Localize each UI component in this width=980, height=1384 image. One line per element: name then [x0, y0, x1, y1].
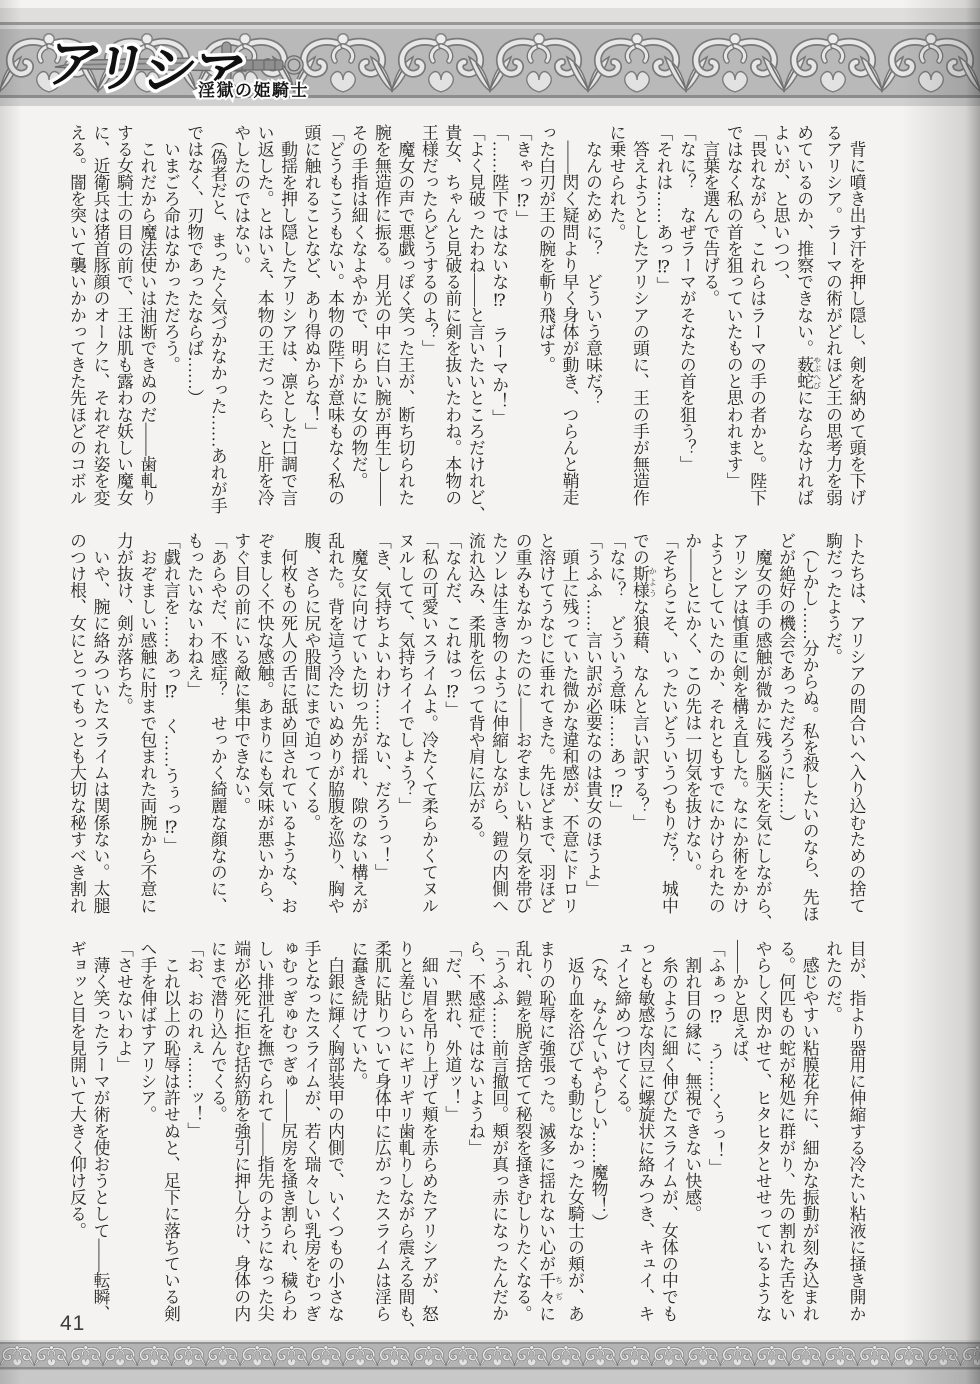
text-column: ――かと思えば、 — [727, 940, 750, 1370]
text-column: 「なに？ どういう意味……あっ⁉」 — [605, 532, 628, 962]
text-band-3: 目が、指より器用に伸縮する冷たい粘液に掻き開かれたのだ。 感じやすい粘膜花弁に、… — [65, 940, 868, 1340]
text-column: 「戯れ言を……あっ⁉ く……うぅっ⁉」 — [159, 532, 182, 962]
text-column: ギョッと目を見開いて大きく仰け反る。 — [65, 940, 88, 1370]
text-column: いや、腕に絡みついたスライムは関係ない。太腿 — [89, 532, 112, 962]
text-column: の重みもなかったのに――おぞましい粘り気を帯び — [511, 532, 534, 962]
text-column: ではなく私の首を狙っていたものと思われます」 — [722, 124, 745, 554]
text-column: やらしく閃かせて、ヒタヒタとせせっているような — [751, 940, 774, 1370]
text-column: 「……陛下ではないな⁉ ラーマか！」 — [487, 124, 510, 554]
text-column: 腕を無造作に振る。月光の中に白い腕が再生し―― — [370, 124, 393, 554]
text-column: どが絶好の機会であっただろうに……） — [774, 532, 797, 962]
text-column: ではなく、刃物であったならば……） — [182, 124, 205, 554]
text-column: よいが、と思いつつ、 — [769, 124, 792, 554]
book-page: アリシア 淫獄の姫騎士 背に噴き出す汗を押し隠し、剣を納めて頭を下げるアリシア。… — [0, 0, 980, 1384]
text-column: 「だ、黙れ、外道ッ！」 — [440, 940, 463, 1370]
text-column: 「そちらこそ、いったいどういうつもりだ？ 城中 — [657, 532, 680, 962]
text-column: （な、なんていやらしい……魔物！） — [587, 940, 610, 1370]
text-column: に、近衛兵は猪首豚顔のオークに、それぞれ姿を変 — [89, 124, 112, 554]
text-column: すぐ目の前にいる敵に集中できない。 — [229, 532, 252, 962]
text-column: ぞましく不快な感触。あまりにも気味が悪いから、 — [253, 532, 276, 962]
text-column: 「お、おのれぇ……ッ！」 — [182, 940, 205, 1370]
text-column: のつけ根、女にとってもっとも大切な秘すべき割れ — [65, 532, 88, 962]
text-column: 「なんだ、これはっ⁉」 — [440, 532, 463, 962]
text-column: 乱れ、鎧を脱ぎ捨てて秘裂を掻きむしりたくなる。 — [511, 940, 534, 1370]
text-column: える。闇を突いて襲いかかってきた先ほどのコボル — [65, 124, 88, 554]
text-column: たソレは生き物のように伸縮しながら、鎧の内側へ — [487, 532, 510, 962]
text-column: 「よく見破ったわね――と言いたいところだけれど、 — [464, 124, 487, 554]
text-column: 「なに？ なぜラーマがそなたの首を狙う？」 — [675, 124, 698, 554]
text-column: めているのか、推察できない。薮蛇やぶへびにならなければ — [792, 124, 821, 554]
text-column: 「させないわよ」 — [112, 940, 135, 1370]
text-column: アリシアは慎重に剣を構え直した。なにか術をかけ — [727, 532, 750, 962]
text-column: い返した。とはいえ、本物の王だったら、と肝を冷 — [253, 124, 276, 554]
text-column: 乱れた。背を這う冷たいぬめりが脇腹を巡り、胸や — [323, 532, 346, 962]
series-logo: アリシア 淫獄の姫騎士 — [50, 12, 322, 117]
text-column: 糸のように細く伸びたスライムが、女体の中でも — [657, 940, 680, 1370]
text-column: っとも敏感な肉豆に螺旋状に絡みつき、キュイ、キ — [633, 940, 656, 1370]
text-column: 端が必死に拒む括約筋を強引に押し分け、身体の内 — [229, 940, 252, 1370]
text-column: 王様だったらどうするのよ？」 — [417, 124, 440, 554]
text-column: ら、不感症ではないようね」 — [464, 940, 487, 1370]
text-column: ようとしていたのか、それともすでにかけられたの — [704, 532, 727, 962]
text-column: 「畏れながら、これらはラーマの手の者かと。陛下 — [745, 124, 768, 554]
text-column: 頭に触れることなど、あり得ぬからな！」 — [300, 124, 323, 554]
text-column: 感じやすい粘膜花弁に、細かな振動が刻み込まれ — [798, 940, 821, 1370]
text-column: ヌルしてて、気持ちイイでしょう？」 — [393, 532, 416, 962]
text-column: 「き、気持ちよいわけ……ない、だろうっ！」 — [370, 532, 393, 962]
text-column: る。何匹もの蛇が秘処に群がり、先の割れた舌をい — [774, 940, 797, 1370]
text-column: 目が、指より器用に伸縮する冷たい粘液に掻き開か — [845, 940, 868, 1370]
text-column: りと羞じらいにギリギリ歯軋りしながら震える間も、 — [393, 940, 416, 1370]
text-column: （偽者だと、まったく気づかなかった……あれが手 — [206, 124, 229, 554]
text-column: 白銀に輝く胸部装甲の内側で、いくつもの小さな — [323, 940, 346, 1370]
text-column: しい排泄孔を撫でられて――指先のようになった尖 — [253, 940, 276, 1370]
text-column: 薄く笑ったラーマが術を使おうとして――転瞬、 — [89, 940, 112, 1370]
text-band-1: 背に噴き出す汗を押し隠し、剣を納めて頭を下げるアリシア。ラーマの術がどれほど王の… — [65, 124, 868, 524]
text-column: に蠢き続けていた。 — [347, 940, 370, 1370]
text-column: にまで潜り込んでくる。 — [206, 940, 229, 1370]
text-column: その手指は細くなよやかで、明らかに女の物だ。 — [347, 124, 370, 554]
text-column: 背に噴き出す汗を押し隠し、剣を納めて頭を下げ — [845, 124, 868, 554]
text-column: 力が抜け、剣が落ちた。 — [112, 532, 135, 962]
text-column: 何枚もの死人の舌に舐め回されているような、お — [276, 532, 299, 962]
text-column: 割れ目の縁に、無視できない快感。 — [680, 940, 703, 1370]
text-column: トたちは、アリシアの間合いへ入り込むための捨て — [845, 532, 868, 962]
text-column: ュイと締めつけてくる。 — [610, 940, 633, 1370]
text-column: まりの恥辱に強張った。滅多に揺れない心が千々ちぢに — [534, 940, 563, 1370]
text-column: いまごろ命はなかっただろう。 — [159, 124, 182, 554]
text-column: るアリシア。ラーマの術がどれほど王の思考力を弱 — [821, 124, 844, 554]
text-column: 返り血を浴びても動じなかった女騎士の頬が、あ — [563, 940, 586, 1370]
text-column: 魔女に向けていた切っ先が揺れ、隙のない構えが — [347, 532, 370, 962]
text-column: これ以上の恥辱は許せぬと、足下に落ちている剣 — [159, 940, 182, 1370]
text-band-2: トたちは、アリシアの間合いへ入り込むための捨て駒だったようだ。 （しかし……分か… — [65, 532, 868, 932]
text-column: 駒だったようだ。 — [821, 532, 844, 962]
text-column: 「きゃっ⁉」 — [511, 124, 534, 554]
text-column: った白刃が王の腕を斬り飛ばす。 — [534, 124, 557, 554]
text-column: やしたのではない。 — [229, 124, 252, 554]
text-column: 流れ込み、柔肌を伝って背や肩に広がる。 — [464, 532, 487, 962]
text-column: （しかし……分からぬ。私を殺したいのなら、先ほ — [798, 532, 821, 962]
text-column: 動揺を押し隠したアリシアは、凛とした口調で言 — [276, 124, 299, 554]
logo-subtitle: 淫獄の姫騎士 — [198, 80, 309, 100]
text-column: する女騎士の目の前で、王は肌も露わな妖しい魔女 — [112, 124, 135, 554]
page-number: 41 — [60, 1312, 85, 1336]
text-column: 答えようとしたアリシアの頭に、王の手が無造作 — [628, 124, 651, 554]
text-column: 貴女、ちゃんと見破る前に剣を抜いたわね。本物の — [440, 124, 463, 554]
text-column: と溶けてうなじに垂れてきた。先ほどまで、羽ほど — [534, 532, 557, 962]
text-column: 魔女の声で悪戯っぽく笑った王が、断ち切られた — [393, 124, 416, 554]
text-column: へ手を伸ばすアリシア。 — [135, 940, 158, 1370]
text-column: 「ふぁっ⁉ う……くぅっ！」 — [704, 940, 727, 1370]
text-column: か――とにかく、この先は一切気を抜けない。 — [680, 532, 703, 962]
text-column: 細い眉を吊り上げて頬を赤らめたアリシアが、怒 — [417, 940, 440, 1370]
text-column: 「あらやだ、不感症？ せっかく綺麗な顔なのに、 — [206, 532, 229, 962]
text-column: もったいないわねえ」 — [182, 532, 205, 962]
text-column: これだから魔法使いは油断できぬのだ――歯軋り — [135, 124, 158, 554]
text-column: おぞましい感触に肘まで包まれた両腕から不意に — [135, 532, 158, 962]
text-column: 「それは……あっ⁉」 — [651, 124, 674, 554]
text-column: 「うふふ……言い訳が必要なのは貴女のほうよ」 — [581, 532, 604, 962]
text-column: ――閃く疑問より早く身体が動き、つらんと鞘走 — [558, 124, 581, 554]
text-column: 頭上に残っていた微かな違和感が、不意にドロリ — [558, 532, 581, 962]
text-column: 言葉を選んで告げる。 — [698, 124, 721, 554]
text-column: 「私の可愛いスライムよ。冷たくて柔らかくてヌル — [417, 532, 440, 962]
text-column: 魔女の手の感触が微かに残る脳天を気にしながら、 — [751, 532, 774, 962]
text-column: 腹、さらに尻や股間にまで迫ってくる。 — [300, 532, 323, 962]
text-column: での斯様かような狼藉、なんと言い訳する？」 — [628, 532, 657, 962]
text-column: 「どうもこうもない。本物の陛下が意味もなく私の — [323, 124, 346, 554]
text-column: 「うふふ……前言撤回。頬が真っ赤になったんだか — [487, 940, 510, 1370]
text-column: 手となったスライムが、若く瑞々しい乳房をむっぎ — [300, 940, 323, 1370]
text-column: ゅむっぎゅむっぎゅ――尻房を掻き割られ、穢らわ — [276, 940, 299, 1370]
text-column: 柔肌に貼りついて身体中に広がったスライムは淫ら — [370, 940, 393, 1370]
text-column: れたのだ。 — [821, 940, 844, 1370]
text-column: なんのために？ どういう意味だ？ — [581, 124, 604, 554]
text-column: に乗せられた。 — [605, 124, 628, 554]
